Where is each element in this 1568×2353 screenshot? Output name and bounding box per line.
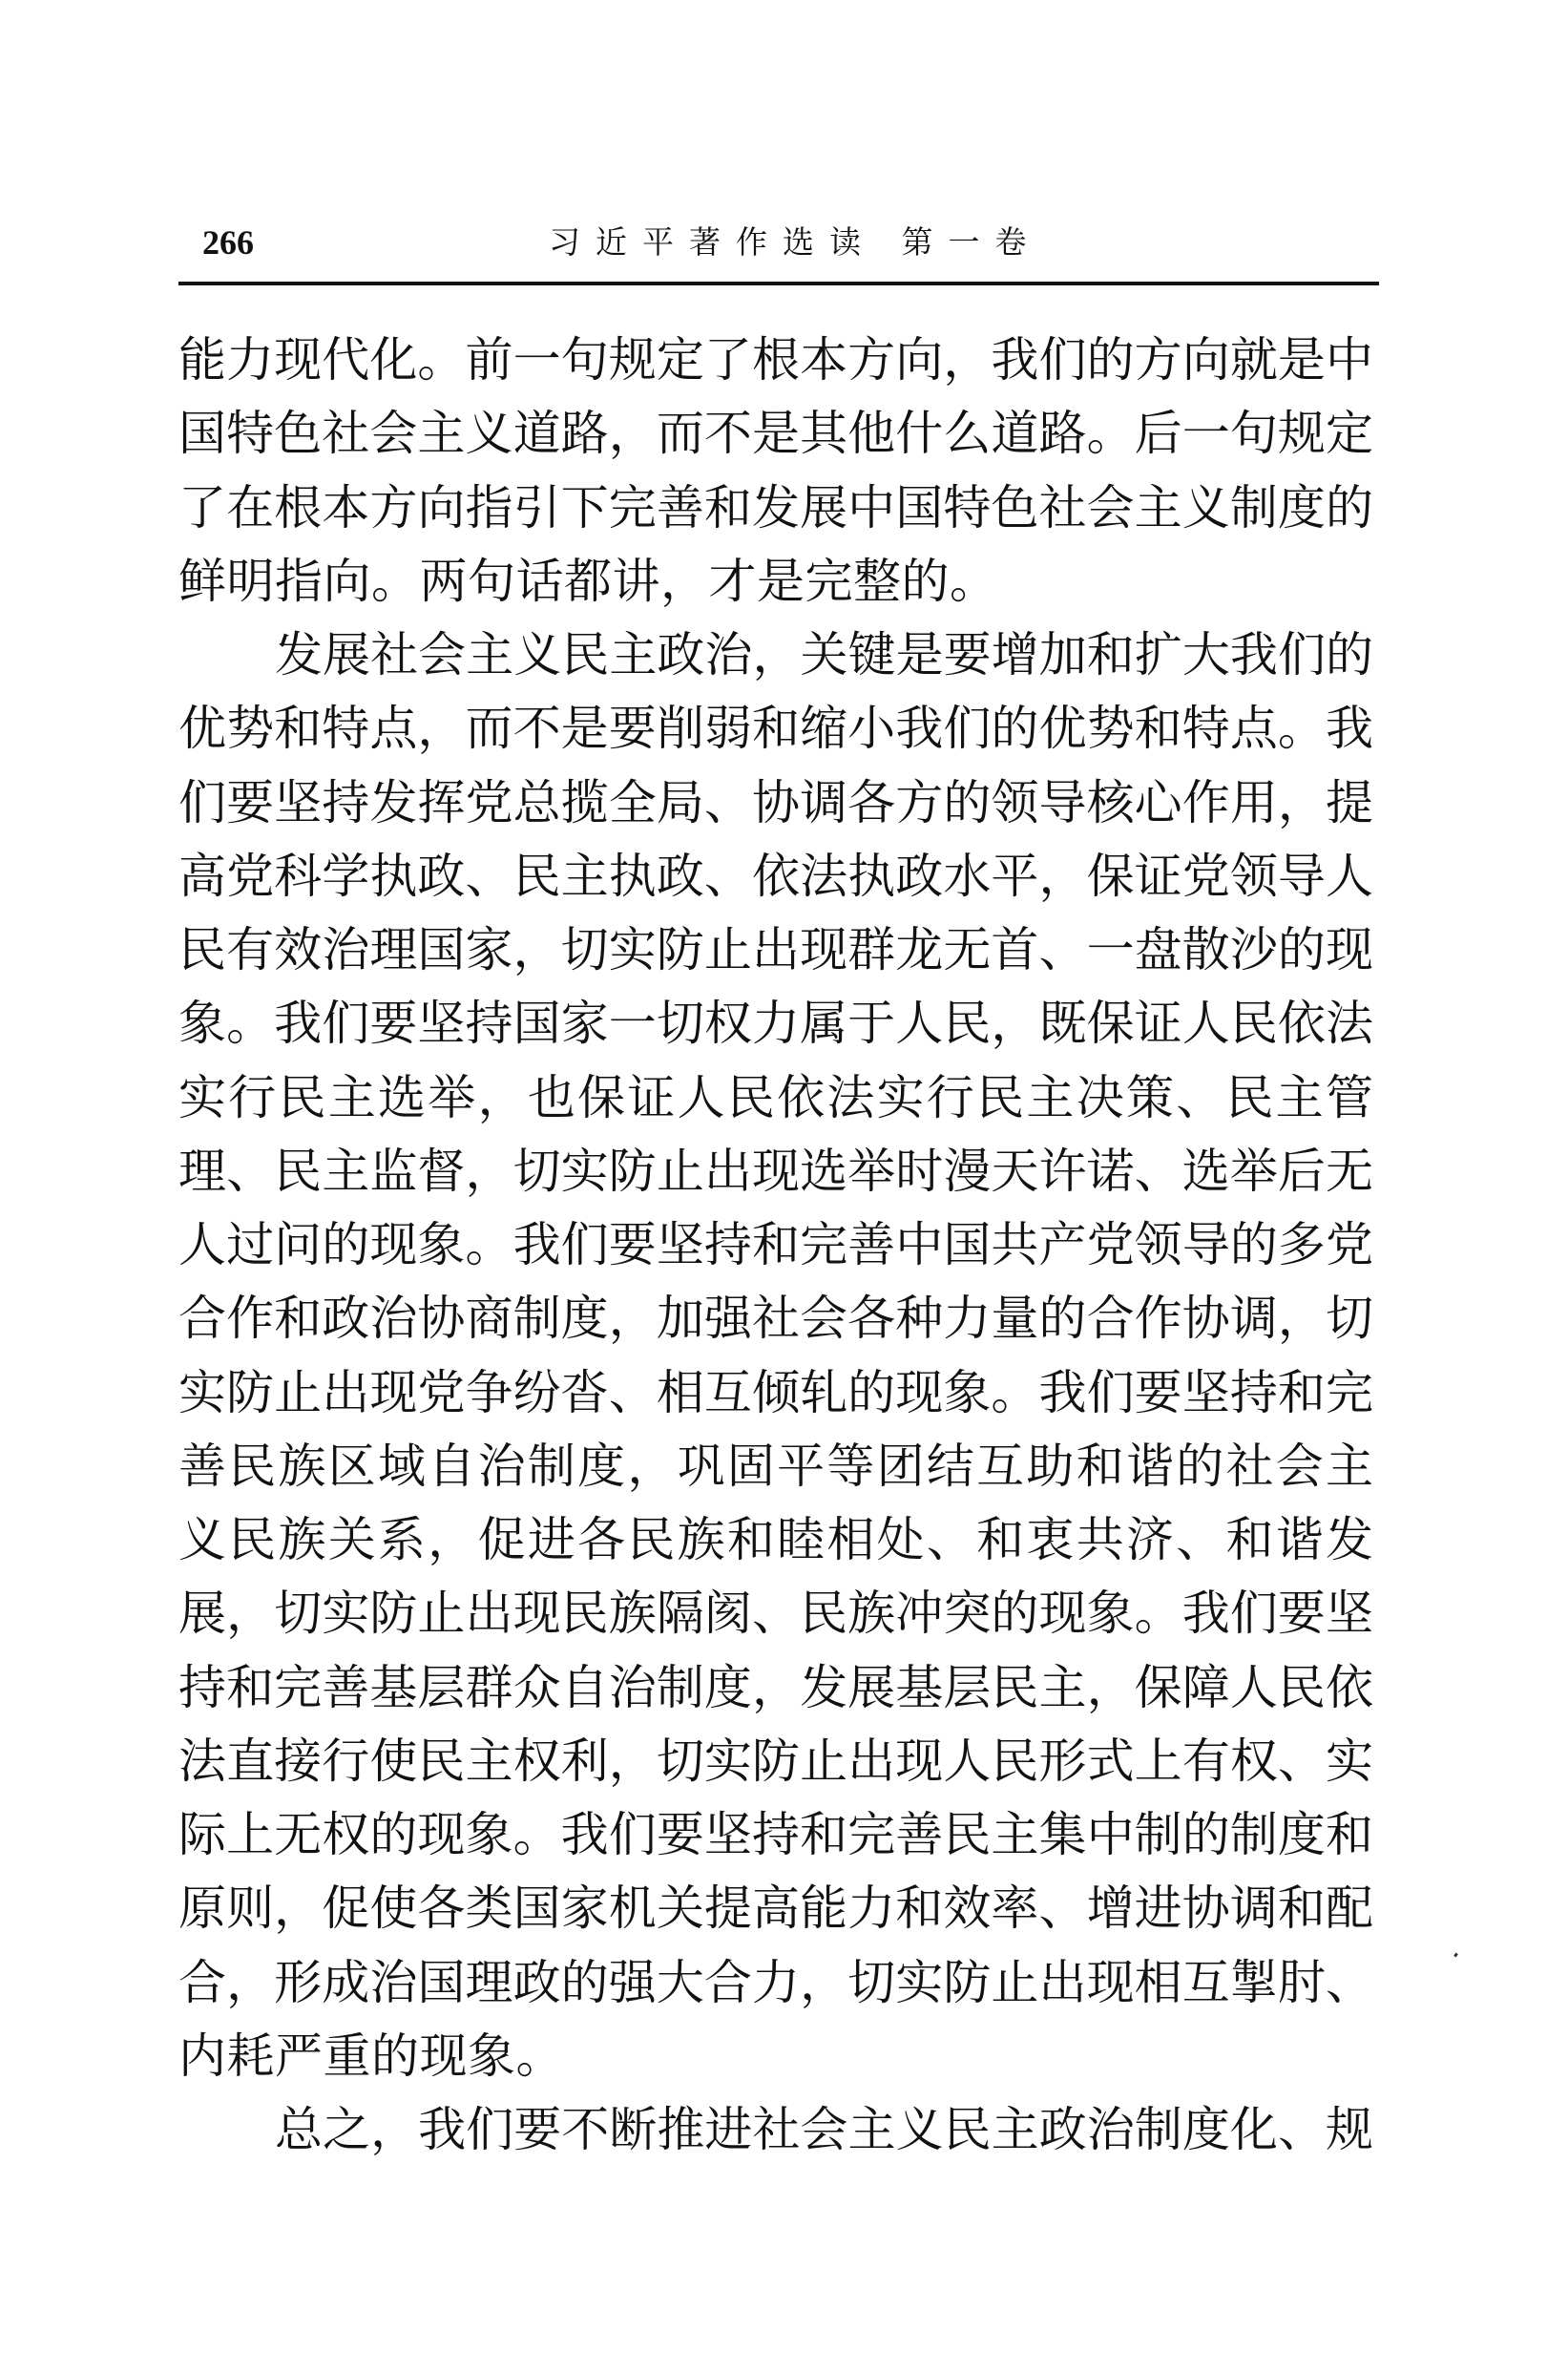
text-line: 际上无权的现象。我们要坚持和完善民主集中制的制度和 <box>178 1802 1373 1876</box>
text-line: 原则，促使各类国家机关提高能力和效率、增进协调和配 <box>178 1876 1373 1949</box>
text-line: 善民族区域自治制度，巩固平等团结互助和谐的社会主 <box>178 1434 1373 1507</box>
text-line: 法直接行使民主权利，切实防止出现人民形式上有权、实 <box>178 1729 1373 1802</box>
text-line: 展，切实防止出现民族隔阂、民族冲突的现象。我们要坚 <box>178 1581 1373 1654</box>
text-line: 们要坚持发挥党总揽全局、协调各方的领导核心作用，提 <box>178 770 1373 844</box>
text-line: 了在根本方向指引下完善和发展中国特色社会主义制度的 <box>178 475 1373 549</box>
text-line: 能力现代化。前一句规定了根本方向，我们的方向就是中 <box>178 327 1373 401</box>
text-line: 实防止出现党争纷沓、相互倾轧的现象。我们要坚持和完 <box>178 1360 1373 1434</box>
text-line: 持和完善基层群众自治制度，发展基层民主，保障人民依 <box>178 1655 1373 1729</box>
text-line: 合，形成治国理政的强大合力，切实防止出现相互掣肘、 <box>178 1950 1373 2024</box>
text-line: 象。我们要坚持国家一切权力属于人民，既保证人民依法 <box>178 991 1373 1064</box>
text-line: 人过问的现象。我们要坚持和完善中国共产党领导的多党 <box>178 1212 1373 1286</box>
text-line: 民有效治理国家，切实防止出现群龙无首、一盘散沙的现 <box>178 917 1373 991</box>
text-line: 义民族关系，促进各民族和睦相处、和衷共济、和谐发 <box>178 1507 1373 1581</box>
header-rule <box>178 282 1379 285</box>
text-line: 合作和政治协商制度，加强社会各种力量的合作协调，切 <box>178 1286 1373 1359</box>
running-title: 习近平著作选读 第一卷 <box>549 221 1042 263</box>
text-line-paragraph-end: 内耗严重的现象。 <box>178 2024 1373 2097</box>
body-text: 能力现代化。前一句规定了根本方向，我们的方向就是中 国特色社会主义道路，而不是其… <box>178 327 1373 2171</box>
text-line: 实行民主选举，也保证人民依法实行民主决策、民主管 <box>178 1065 1373 1139</box>
text-line-paragraph-start: 发展社会主义民主政治，关键是要增加和扩大我们的 <box>178 622 1373 696</box>
page-header: 266 习近平著作选读 第一卷 <box>178 218 1379 271</box>
page-number: 266 <box>202 221 254 263</box>
text-line: 理、民主监督，切实防止出现选举时漫天许诺、选举后无 <box>178 1139 1373 1212</box>
text-line: 国特色社会主义道路，而不是其他什么道路。后一句规定 <box>178 401 1373 474</box>
text-line-paragraph-end: 鲜明指向。两句话都讲，才是完整的。 <box>178 549 1373 622</box>
scan-artifact <box>1453 1953 1458 1958</box>
text-line-paragraph-start: 总之，我们要不断推进社会主义民主政治制度化、规 <box>178 2097 1373 2171</box>
text-line: 优势和特点，而不是要削弱和缩小我们的优势和特点。我 <box>178 696 1373 769</box>
text-line: 高党科学执政、民主执政、依法执政水平，保证党领导人 <box>178 844 1373 917</box>
